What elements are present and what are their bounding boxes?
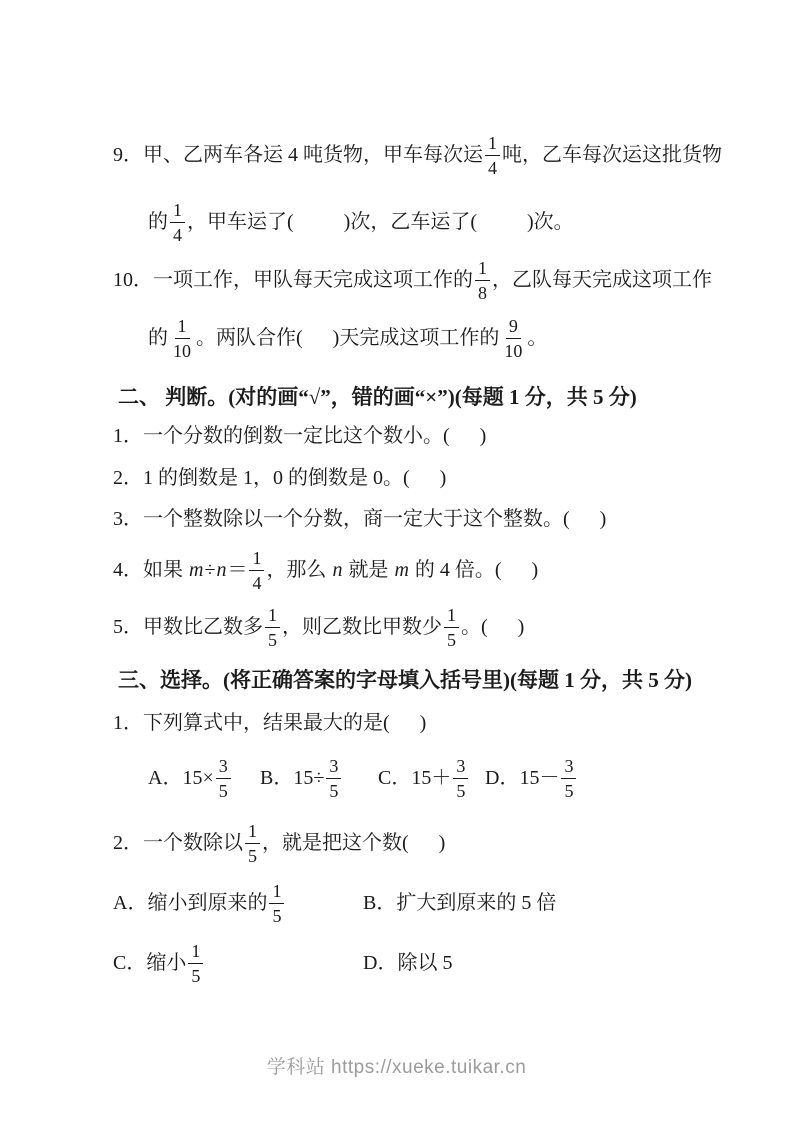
fraction: 910: [501, 317, 525, 360]
fraction-numerator: 3: [453, 757, 468, 779]
fraction-numerator: 1: [170, 201, 185, 223]
fraction-denominator: 5: [453, 779, 468, 800]
fraction-denominator: 5: [245, 844, 260, 865]
variable-m: m: [188, 557, 204, 583]
worksheet-page: 9．甲、乙两车各运 4 吨货物，甲车每次运14吨，乙车每次运这批货物 的14，甲…: [0, 0, 793, 1122]
option-b-text: B．15÷: [260, 765, 324, 791]
fraction-denominator: 5: [561, 779, 576, 800]
fraction-numerator: 1: [175, 317, 190, 339]
judge-item-4: 4．如果 m÷n＝14，那么 n 就是 m 的 4 倍。( ): [113, 542, 538, 598]
fraction-denominator: 5: [326, 779, 341, 800]
fraction-denominator: 10: [501, 339, 525, 360]
fraction: 15: [444, 606, 459, 649]
fraction-numerator: 1: [249, 549, 264, 571]
question-10-text: 。: [527, 325, 547, 351]
fraction-numerator: 1: [475, 259, 490, 281]
site-watermark: 学科站 https://xueke.tuikar.cn: [0, 1052, 793, 1079]
choice-q2-option-b: B．扩大到原来的 5 倍: [363, 875, 556, 931]
judge-item-4-text: ，那么: [266, 557, 331, 583]
fraction: 15: [245, 822, 260, 865]
site-watermark-text: 学科站 https://xueke.tuikar.cn: [267, 1052, 527, 1079]
divide-sign: ÷: [204, 557, 215, 583]
judge-item-2: 2．1 的倒数是 1，0 的倒数是 0。( ): [113, 463, 446, 493]
choice-q2-option-d: D．除以 5: [363, 935, 452, 991]
option-c-text: C．15＋: [378, 765, 451, 791]
question-10-text: ，乙队每天完成这项工作: [492, 267, 712, 293]
variable-n: n: [331, 557, 343, 583]
option-a-text: A．缩小到原来的: [113, 890, 267, 916]
fraction-denominator: 5: [265, 628, 280, 649]
fraction: 15: [188, 942, 203, 985]
fraction: 14: [485, 134, 500, 177]
fraction-numerator: 3: [561, 757, 576, 779]
fraction-numerator: 1: [444, 606, 459, 628]
equals-sign: ＝: [227, 557, 247, 583]
fraction-denominator: 4: [249, 571, 264, 592]
fraction-denominator: 4: [170, 223, 185, 244]
choice-q2-option-a: A．缩小到原来的15: [113, 875, 286, 931]
judge-item-5: 5．甲数比乙数多15，则乙数比甲数少15。( ): [113, 599, 524, 655]
fraction-numerator: 9: [506, 317, 521, 339]
choice-q1-stem: 1．下列算式中，结果最大的是( ): [113, 708, 426, 738]
fraction-numerator: 1: [269, 882, 284, 904]
fraction: 35: [326, 757, 341, 800]
choice-q2-text: ，就是把这个数( ): [262, 830, 445, 856]
question-10-text: 10．一项工作，甲队每天完成这项工作的: [113, 267, 473, 293]
question-9-line-1: 9．甲、乙两车各运 4 吨货物，甲车每次运14吨，乙车每次运这批货物: [113, 127, 722, 183]
judge-item-3: 3．一个整数除以一个分数，商一定大于这个整数。( ): [113, 504, 606, 534]
option-d-text: D．15－: [485, 765, 559, 791]
fraction-denominator: 5: [269, 904, 284, 925]
choice-q2-option-c: C．缩小15: [113, 935, 205, 991]
fraction-numerator: 1: [265, 606, 280, 628]
question-9-line-2: 的14，甲车运了( )次，乙车运了( )次。: [148, 194, 574, 250]
variable-m: m: [393, 557, 409, 583]
fraction: 14: [249, 549, 264, 592]
question-10-blanks: 。两队合作( )天完成这项工作的: [196, 325, 499, 351]
fraction-denominator: 5: [188, 964, 203, 985]
fraction: 35: [216, 757, 231, 800]
fraction-denominator: 5: [444, 628, 459, 649]
fraction-denominator: 8: [475, 281, 490, 302]
question-9-text: 吨，乙车每次运这批货物: [502, 142, 722, 168]
judge-item-4-text: 就是: [343, 557, 393, 583]
option-c-text: C．缩小: [113, 950, 186, 976]
judge-item-5-text: 。( ): [461, 614, 524, 640]
fraction: 15: [269, 882, 284, 925]
fraction-numerator: 1: [245, 822, 260, 844]
option-a-text: A．15×: [148, 765, 214, 791]
judge-item-5-text: ，则乙数比甲数少: [282, 614, 442, 640]
choice-q1-option-a: A．15×35: [148, 750, 233, 806]
judge-item-5-text: 5．甲数比乙数多: [113, 614, 263, 640]
fraction-numerator: 3: [216, 757, 231, 779]
fraction: 35: [561, 757, 576, 800]
judge-item-4-text: 4．如果: [113, 557, 188, 583]
question-10-line-2: 的110。两队合作( )天完成这项工作的910。: [148, 310, 547, 366]
choice-q1-option-d: D．15－35: [485, 750, 578, 806]
fraction-numerator: 1: [485, 134, 500, 156]
section-3-heading: 三、选择。(将正确答案的字母填入括号里)(每题 1 分，共 5 分): [118, 666, 692, 696]
fraction-denominator: 5: [216, 779, 231, 800]
choice-q2-text: 2．一个数除以: [113, 830, 243, 856]
fraction: 18: [475, 259, 490, 302]
choice-q2-stem: 2．一个数除以15，就是把这个数( ): [113, 815, 445, 871]
question-9-blanks: ，甲车运了( )次，乙车运了( )次。: [187, 209, 574, 235]
fraction: 35: [453, 757, 468, 800]
fraction-numerator: 3: [326, 757, 341, 779]
fraction: 14: [170, 201, 185, 244]
question-10-text: 的: [148, 325, 168, 351]
question-9-text: 9．甲、乙两车各运 4 吨货物，甲车每次运: [113, 142, 483, 168]
choice-q1-option-c: C．15＋35: [378, 750, 470, 806]
choice-q1-option-b: B．15÷35: [260, 750, 343, 806]
variable-n: n: [215, 557, 227, 583]
fraction: 110: [170, 317, 194, 360]
fraction-numerator: 1: [188, 942, 203, 964]
fraction: 15: [265, 606, 280, 649]
question-10-line-1: 10．一项工作，甲队每天完成这项工作的18，乙队每天完成这项工作: [113, 252, 712, 308]
judge-item-1: 1．一个分数的倒数一定比这个数小。( ): [113, 421, 486, 451]
question-9-text: 的: [148, 209, 168, 235]
fraction-denominator: 10: [170, 339, 194, 360]
fraction-denominator: 4: [485, 156, 500, 177]
section-2-heading: 二、 判断。(对的画“√”，错的画“×”)(每题 1 分，共 5 分): [118, 383, 637, 413]
judge-item-4-text: 的 4 倍。( ): [410, 557, 538, 583]
